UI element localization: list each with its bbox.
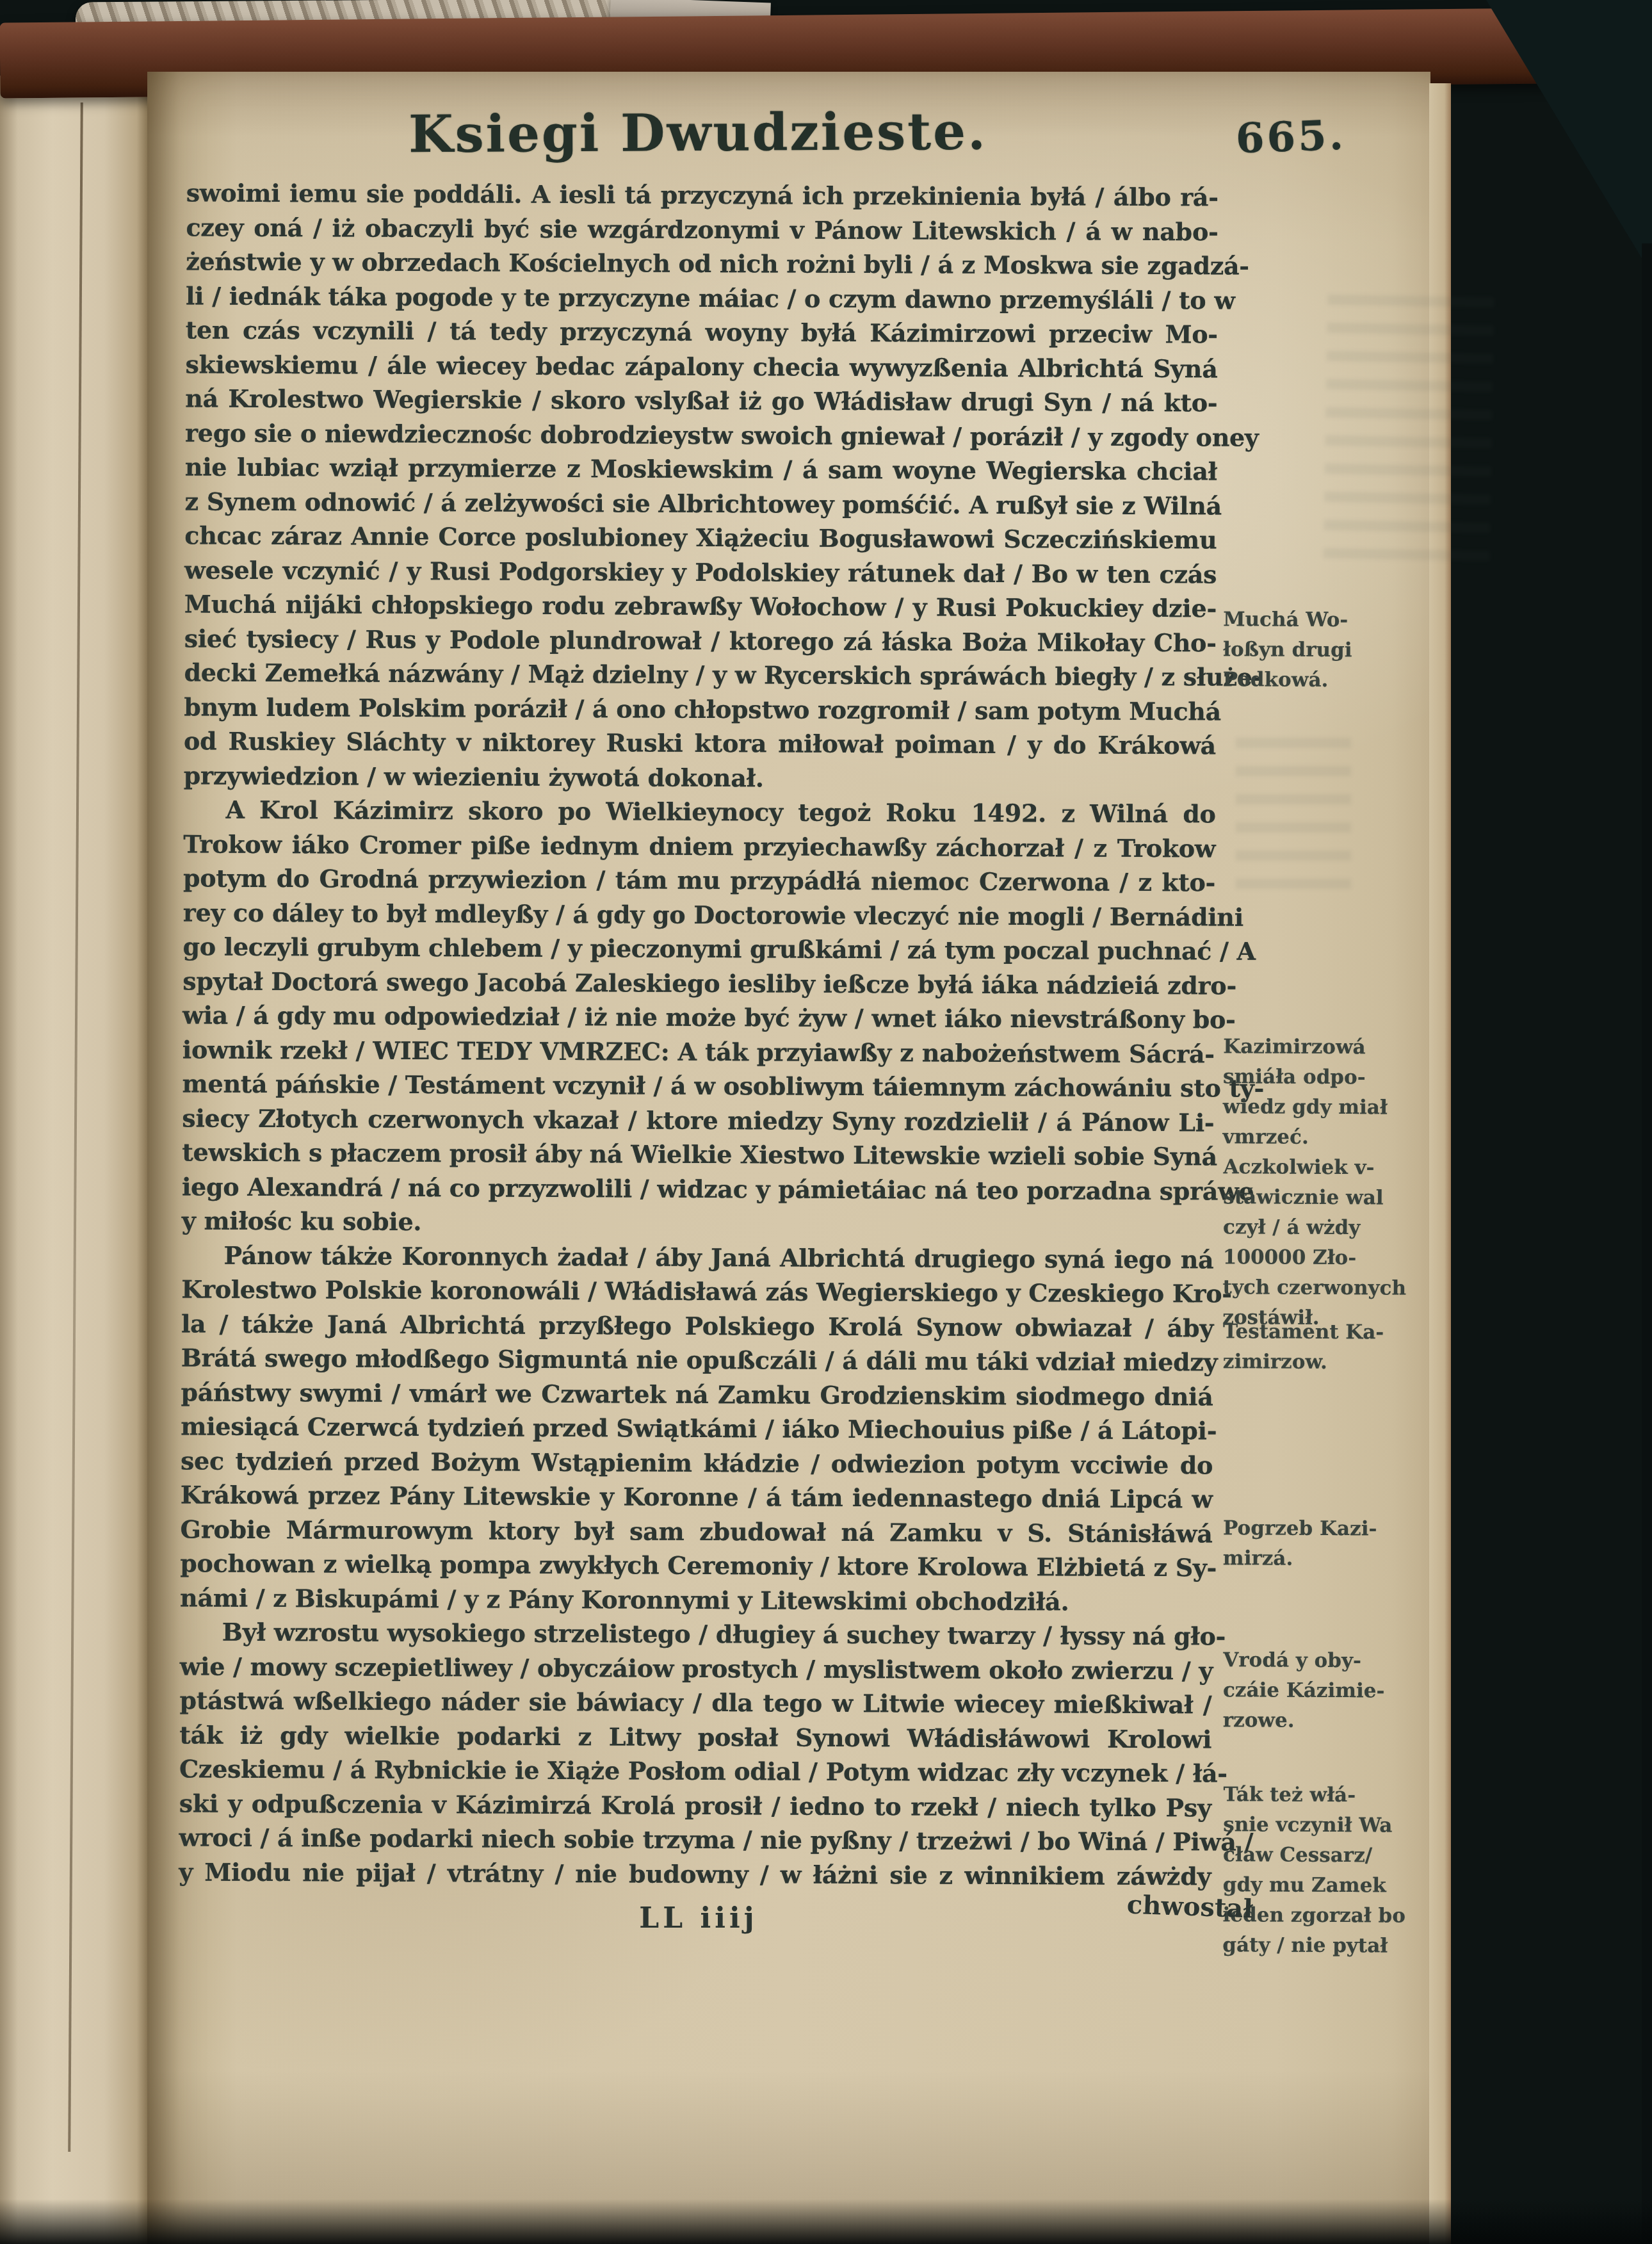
page-content: Ksiegi Dwudzieste. 665. swoimi iemu sie … <box>147 72 1430 2244</box>
text-line: ski y odpußczenia v Kázimirzá Krolá pros… <box>179 1786 1211 1825</box>
text-line: chcac záraz Annie Corce poslubioney Xiąż… <box>184 518 1217 557</box>
margin-note: Muchá Wo-łoßyn drugiPodkowá. <box>1223 605 1435 696</box>
margin-note: Vrodá y oby-czáie Kázimie-rzowe. <box>1223 1645 1435 1737</box>
text-line: y Miodu nie pijał / vtrátny / nie budown… <box>179 1855 1211 1894</box>
text-line: Pánow tákże Koronnych żadał / áby Janá A… <box>181 1238 1213 1277</box>
text-line: Krákowá przez Pány Litewskie y Koronne /… <box>181 1477 1213 1516</box>
catchword: chwostał <box>1126 1890 1253 1924</box>
text-line: Muchá Wo- <box>1223 605 1434 636</box>
text-line: námi / z Biskupámi / y z Pány Koronnymi … <box>180 1581 1212 1620</box>
text-line: gdy mu Zamek <box>1223 1870 1434 1901</box>
text-line: z Synem odnowić / á zelżywości sie Albri… <box>185 484 1217 523</box>
text-line: skiewskiemu / ále wiecey bedac zápalony … <box>185 347 1217 386</box>
text-line: rego sie o niewdziecznośc dobrodzieystw … <box>185 416 1217 455</box>
paragraph: swoimi iemu sie poddáli. A iesli tá przy… <box>184 175 1219 797</box>
text-line: wesele vczynić / y Rusi Podgorskiey y Po… <box>184 553 1217 592</box>
text-line: Aczkolwiek v- <box>1223 1152 1434 1183</box>
paragraph: Był wzrostu wysokiego strzelistego / dłu… <box>179 1614 1212 1893</box>
text-line: Czeskiemu / á Rybnickie ie Xiąże Posłom … <box>179 1752 1211 1791</box>
text-line: ieden zgorzał bo <box>1223 1900 1434 1931</box>
text-line: 100000 Zło- <box>1223 1242 1434 1274</box>
text-line: mirzá. <box>1223 1543 1434 1575</box>
text-line: Grobie Mármurowym ktory był sam zbudował… <box>181 1512 1213 1551</box>
text-line: wiedz gdy miał <box>1223 1092 1434 1123</box>
text-line: wia / á gdy mu odpowiedział / iż nie moż… <box>182 998 1215 1037</box>
running-header: Ksiegi Dwudzieste. <box>182 100 1213 165</box>
text-line: przywiedzion / w wiezieniu żywotá dokona… <box>184 758 1216 797</box>
text-line: Krolestwo Polskie koronowáli / Włádisław… <box>181 1272 1213 1311</box>
paragraph: A Krol Kázimirz skoro po Wielkieynocy te… <box>182 792 1216 1242</box>
text-line: snie vczynił Wa <box>1223 1810 1434 1841</box>
text-line: ten czás vczynili / tá tedy przyczyná wo… <box>186 313 1218 352</box>
text-line: Podkowá. <box>1223 665 1434 696</box>
text-line: siecy Złotych czerwonych vkazał / ktore … <box>182 1101 1214 1140</box>
text-line: ná Krolestwo Wegierskie / skoro vslyßał … <box>185 381 1217 420</box>
text-line: Ták też włá- <box>1223 1780 1434 1811</box>
text-line: pochowan z wielką pompa zwykłych Ceremon… <box>180 1546 1212 1585</box>
text-line: nie lubiac wziął przymierze z Moskiewski… <box>185 450 1217 489</box>
text-line: stáwicznie wal <box>1223 1182 1434 1214</box>
text-line: iego Alexandrá / ná co przyzwolili / wid… <box>182 1169 1214 1208</box>
margin-note: Testament Ka-zimirzow. <box>1223 1317 1434 1378</box>
text-line: mentá páńskie / Testáment vczynił / á w … <box>182 1066 1215 1105</box>
text-line: wie / mowy sczepietliwey / obyczáiow pro… <box>180 1649 1212 1688</box>
text-line: żeństwie y w obrzedach Kościelnych od ni… <box>186 244 1218 283</box>
text-line: Był wzrostu wysokiego strzelistego / dłu… <box>180 1614 1212 1654</box>
text-line: smiáła odpo- <box>1223 1062 1434 1093</box>
text-line: ptástwá wßelkiego náder sie báwiacy / dl… <box>179 1683 1211 1722</box>
text-line: go leczyli grubym chlebem / y pieczonymi… <box>182 929 1215 968</box>
body-text: swoimi iemu sie poddáli. A iesli tá przy… <box>179 175 1219 1893</box>
text-line: miesiącá Czerwcá tydzień przed Swiątkámi… <box>181 1409 1213 1448</box>
text-line: spytał Doctorá swego Jacobá Zaleskiego i… <box>182 964 1215 1003</box>
page-number: 665. <box>1235 108 1441 163</box>
text-line: ták iż gdy wielkie podarki z Litwy posła… <box>179 1718 1211 1757</box>
text-line: Brátá swego młodßego Sigmuntá nie opußcz… <box>181 1340 1213 1379</box>
text-line: rzowe. <box>1223 1705 1434 1737</box>
text-line: A Krol Kázimirz skoro po Wielkieynocy te… <box>183 792 1215 831</box>
text-line: Trokow iáko Cromer piße iednym dniem prz… <box>183 827 1215 866</box>
book-fore-edge-pages <box>1429 0 1652 2244</box>
text-line: czył / á wżdy <box>1223 1212 1434 1244</box>
text-line: zimirzow. <box>1223 1347 1434 1378</box>
text-line: li / iednák táka pogode y te przyczyne m… <box>186 279 1218 318</box>
text-line: od Ruskiey Sláchty v niktorey Ruski ktor… <box>184 724 1216 763</box>
text-line: łoßyn drugi <box>1223 635 1434 666</box>
text-line: tych czerwonych <box>1223 1272 1434 1304</box>
text-line: y miłośc ku sobie. <box>182 1203 1214 1242</box>
text-line: Muchá nijáki chłopskiego rodu zebrawßy W… <box>184 587 1217 626</box>
text-line: tewskich s płaczem prosił áby ná Wielkie… <box>182 1135 1214 1174</box>
text-line: czey oná / iż obaczyli być sie wzgárdzon… <box>186 210 1218 249</box>
bleed-through-smudge <box>1236 738 1351 904</box>
text-line: czáie Kázimie- <box>1223 1675 1434 1707</box>
text-line: potym do Grodná przywiezion / tám mu prz… <box>183 861 1215 900</box>
text-line: swoimi iemu sie poddáli. A iesli tá przy… <box>186 175 1219 215</box>
margin-note: Kazimirzowásmiáła odpo-wiedz gdy miałvmr… <box>1223 1032 1435 1153</box>
text-line: páństwy swymi / vmárł we Czwartek ná Zam… <box>181 1375 1213 1414</box>
text-line: Kazimirzowá <box>1223 1032 1434 1063</box>
text-line: sieć tysiecy / Rus y Podole plundrował /… <box>184 621 1217 660</box>
text-line: Vrodá y oby- <box>1223 1645 1434 1677</box>
paragraph: Pánow tákże Koronnych żadał / áby Janá A… <box>180 1238 1214 1620</box>
signature-mark: LL iiij <box>182 1902 1215 1935</box>
margin-note: Aczkolwiek v-stáwicznie walczył / á wżdy… <box>1222 1152 1434 1334</box>
text-line: vmrzeć. <box>1223 1122 1434 1153</box>
text-line: decki Zemełká názwány / Mąż dzielny / y … <box>184 655 1216 694</box>
text-line: Testament Ka- <box>1223 1317 1434 1348</box>
text-line: wroci / á inße podarki niech sobie trzym… <box>179 1820 1211 1859</box>
margin-note: Ták też włá-snie vczynił Wacław Cessarz/… <box>1222 1780 1434 1962</box>
book-scan-photo: Ksiegi Dwudzieste. 665. swoimi iemu sie … <box>0 0 1652 2244</box>
text-line: sec tydzień przed Bożym Wstąpienim kłádz… <box>181 1443 1213 1483</box>
background-right-edge <box>1642 243 1652 2244</box>
text-line: cław Cessarz/ <box>1223 1840 1434 1871</box>
text-line: la / tákże Janá Albrichtá przyßłego Pols… <box>181 1306 1213 1346</box>
text-line: gáty / nie pytał <box>1222 1930 1434 1962</box>
margin-note: Pogrzeb Kazi-mirzá. <box>1223 1513 1434 1575</box>
text-line: Pogrzeb Kazi- <box>1223 1513 1434 1545</box>
text-line: bnym ludem Polskim poráził / á ono chłop… <box>184 690 1216 729</box>
text-line: iownik rzekł / WIEC TEDY VMRZEC: A ták p… <box>182 1032 1215 1071</box>
bottom-shadow <box>0 2199 1652 2244</box>
text-line: rey co dáley to był mdleyßy / á gdy go D… <box>183 895 1215 934</box>
